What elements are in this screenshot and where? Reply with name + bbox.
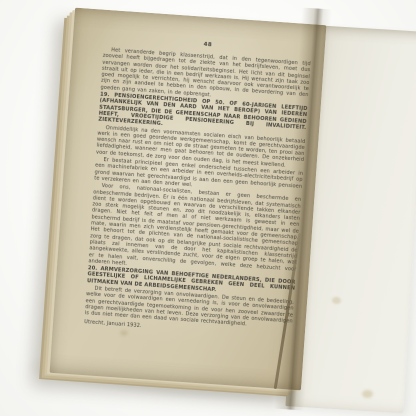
paper-stain: [332, 297, 341, 305]
paragraph-pensioen-3: Voor ons, nationaal-socialisten, bestaan…: [88, 183, 301, 279]
left-page: 48 Het veranderde begrip klassenstrijd, …: [50, 8, 327, 391]
book-photo-scene: 48 Het veranderde begrip klassenstrijd, …: [0, 0, 416, 416]
page-text-block: 48 Het veranderde begrip klassenstrijd, …: [84, 35, 312, 341]
